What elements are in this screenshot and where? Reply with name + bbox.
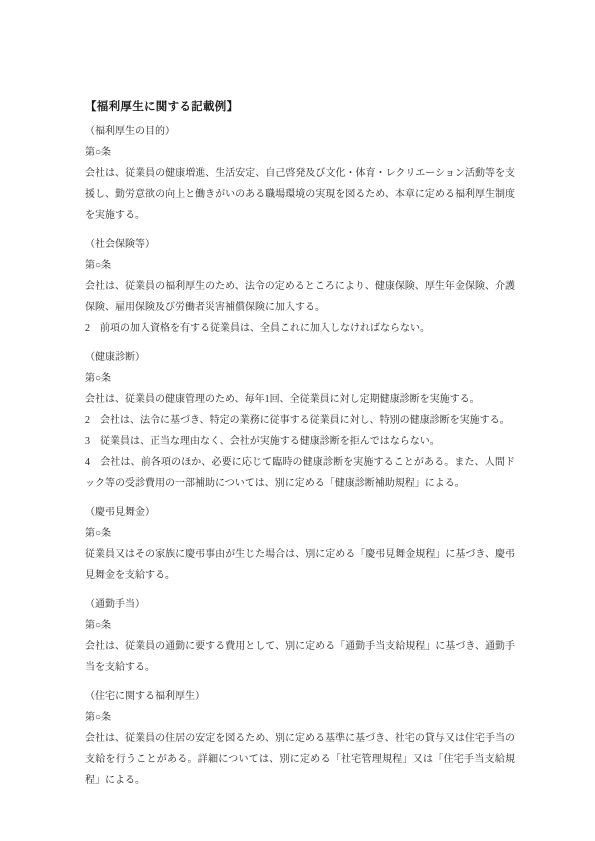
clause-paragraph: 4 会社は、前各項のほか、必要に応じて臨時の健康診断を実施することがある。また、…	[85, 452, 515, 494]
clause-paragraph: 会社は、従業員の健康管理のため、毎年1回、全従業員に対し定期健康診断を実施する。	[85, 389, 515, 410]
clause-article-number: 第○条	[85, 142, 515, 163]
clause-caption: （通勤手当）	[85, 594, 515, 615]
document-heading: 【福利厚生に関する記載例】	[85, 97, 515, 118]
clause-sections-container: （福利厚生の目的） 第○条 会社は、従業員の健康増進、生活安定、自己啓発及び文化…	[85, 121, 515, 791]
clause-paragraph: 会社は、従業員の住居の安定を図るため、別に定める基準に基づき、社宅の貸与又は住宅…	[85, 728, 515, 791]
clause-article-number: 第○条	[85, 523, 515, 544]
clause-paragraph: 会社は、従業員の通勤に要する費用として、別に定める「通勤手当支給規程」に基づき、…	[85, 636, 515, 678]
clause-caption: （健康診断）	[85, 347, 515, 368]
clause-paragraph: 2 前項の加入資格を有する従業員は、全員これに加入しなければならない。	[85, 318, 515, 339]
clause-section: （福利厚生の目的） 第○条 会社は、従業員の健康増進、生活安定、自己啓発及び文化…	[85, 121, 515, 226]
clause-paragraph: 従業員又はその家族に慶弔事由が生じた場合は、別に定める「慶弔見舞金規程」に基づき…	[85, 544, 515, 586]
clause-caption: （住宅に関する福利厚生）	[85, 686, 515, 707]
clause-paragraph: 会社は、従業員の健康増進、生活安定、自己啓発及び文化・体育・レクリエーション活動…	[85, 163, 515, 226]
clause-section: （社会保険等） 第○条 会社は、従業員の福利厚生のため、法令の定めるところにより…	[85, 234, 515, 339]
document-page: 【福利厚生に関する記載例】 （福利厚生の目的） 第○条 会社は、従業員の健康増進…	[0, 0, 595, 841]
clause-paragraph: 3 従業員は、正当な理由なく、会社が実施する健康診断を拒んではならない。	[85, 431, 515, 452]
clause-article-number: 第○条	[85, 615, 515, 636]
clause-section: （慶弔見舞金） 第○条 従業員又はその家族に慶弔事由が生じた場合は、別に定める「…	[85, 502, 515, 586]
clause-caption: （社会保険等）	[85, 234, 515, 255]
clause-caption: （慶弔見舞金）	[85, 502, 515, 523]
clause-caption: （福利厚生の目的）	[85, 121, 515, 142]
clause-section: （住宅に関する福利厚生） 第○条 会社は、従業員の住居の安定を図るため、別に定め…	[85, 686, 515, 791]
clause-article-number: 第○条	[85, 255, 515, 276]
clause-article-number: 第○条	[85, 368, 515, 389]
document-content: 【福利厚生に関する記載例】 （福利厚生の目的） 第○条 会社は、従業員の健康増進…	[85, 97, 515, 791]
clause-section: （通勤手当） 第○条 会社は、従業員の通勤に要する費用として、別に定める「通勤手…	[85, 594, 515, 678]
clause-paragraph: 2 会社は、法令に基づき、特定の業務に従事する従業員に対し、特別の健康診断を実施…	[85, 410, 515, 431]
clause-paragraph: 会社は、従業員の福利厚生のため、法令の定めるところにより、健康保険、厚生年金保険…	[85, 276, 515, 318]
clause-article-number: 第○条	[85, 707, 515, 728]
clause-section: （健康診断） 第○条 会社は、従業員の健康管理のため、毎年1回、全従業員に対し定…	[85, 347, 515, 494]
